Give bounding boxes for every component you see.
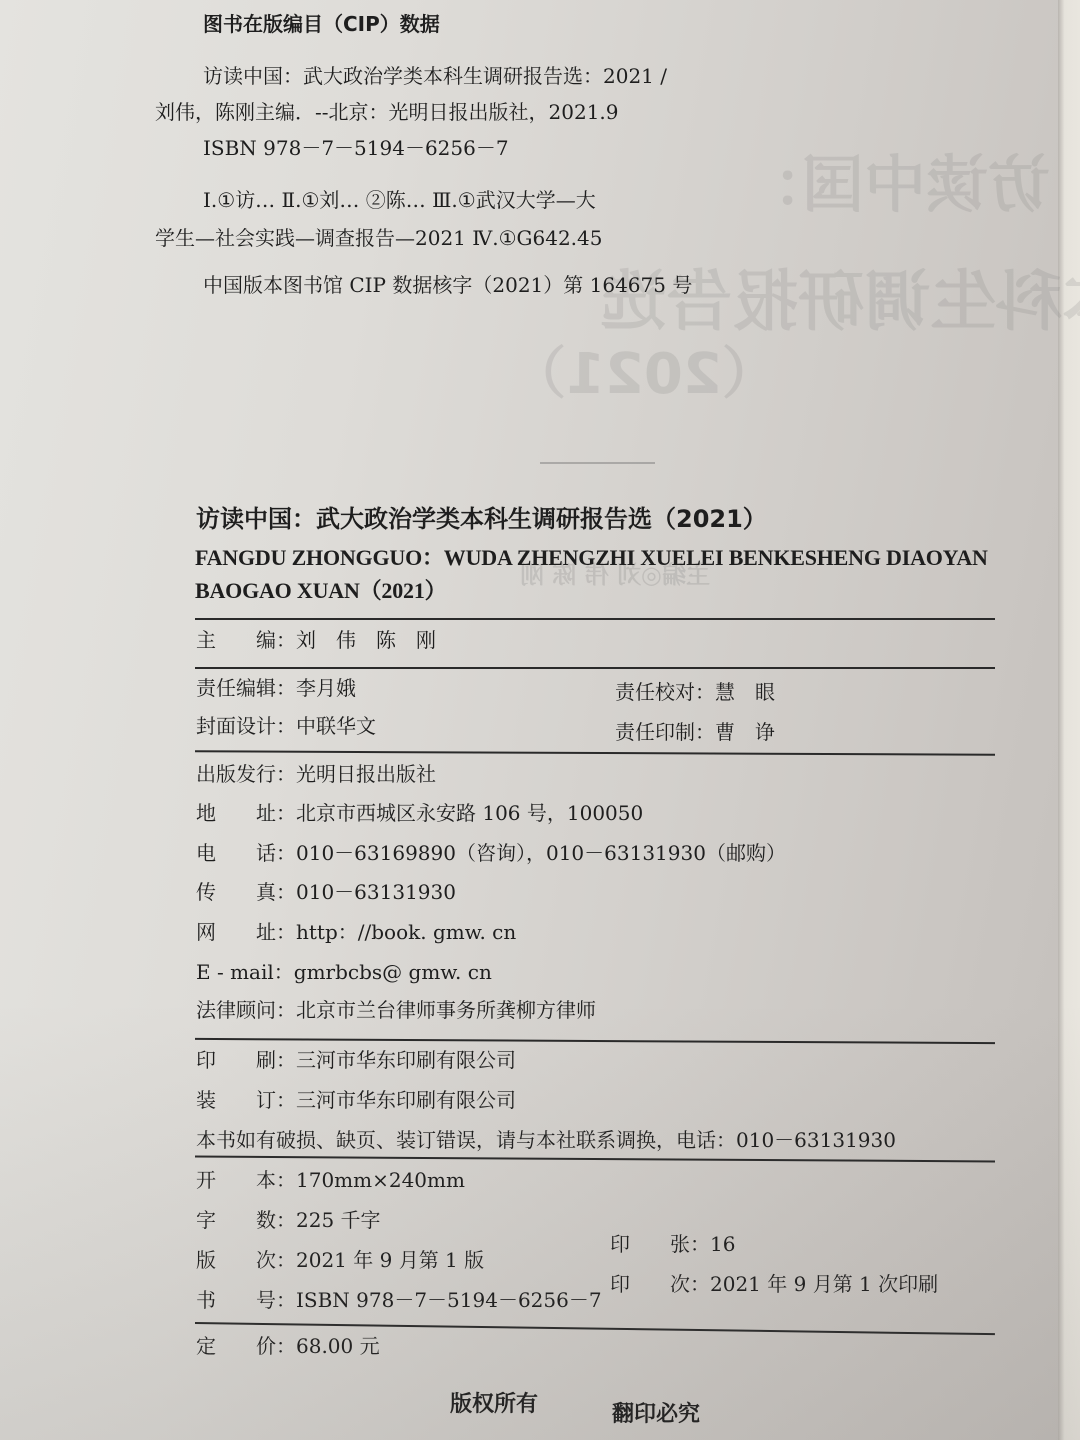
field-label: 印 刷： — [196, 1048, 296, 1072]
field-value: 170mm×240mm — [296, 1168, 465, 1192]
divider — [195, 618, 995, 620]
field-value: 2021 年 9 月第 1 次印刷 — [710, 1272, 938, 1296]
field-label: 字 数： — [196, 1208, 296, 1232]
responsible-editor: 责任编辑：李月娥 — [196, 678, 356, 698]
printed-sheets: 印 张：16 — [610, 1234, 735, 1254]
cip-line: 刘伟，陈刚主编．--北京：光明日报出版社，2021.9 — [155, 102, 619, 122]
show-through-text: （2021） — [510, 330, 778, 410]
field-label: 书 号： — [196, 1288, 296, 1312]
cip-heading: 图书在版编目（CIP）数据 — [203, 14, 440, 34]
field-label: 电 话： — [196, 841, 296, 865]
book-title-pinyin: FANGDU ZHONGGUO：WUDA ZHENGZHI XUELEI BEN… — [195, 547, 988, 569]
cover-design: 封面设计：中联华文 — [196, 716, 376, 736]
field-value: 16 — [710, 1232, 735, 1256]
show-through-text: 访读中国： — [740, 135, 1050, 224]
photo-shading — [0, 1000, 1080, 1440]
impression: 印 次：2021 年 9 月第 1 次印刷 — [610, 1274, 938, 1294]
chief-editors: 主 编：刘 伟 陈 刚 — [196, 630, 436, 650]
binder: 装 订：三河市华东印刷有限公司 — [196, 1090, 516, 1110]
piracy-notice: 翻印必究 — [612, 1404, 700, 1426]
proofreader: 责任校对：慧 眼 — [615, 682, 775, 702]
field-value: ISBN 978－7－5194－6256－7 — [296, 1288, 602, 1312]
field-label: 主 编： — [196, 630, 296, 650]
divider — [195, 667, 995, 669]
word-count: 字 数：225 千字 — [196, 1210, 381, 1230]
show-through-rule — [540, 462, 655, 464]
book-title-pinyin: BAOGAO XUAN（2021） — [195, 580, 446, 602]
fax: 传 真：010－63131930 — [196, 882, 456, 902]
divider — [195, 750, 995, 755]
phone: 电 话：010－63169890（咨询），010－63131930（邮购） — [196, 843, 786, 863]
field-value: 68.00 元 — [296, 1334, 380, 1358]
field-label: 开 本： — [196, 1168, 296, 1192]
divider — [195, 1156, 995, 1163]
field-label: 地 址： — [196, 801, 296, 825]
field-value: 010－63169890（咨询），010－63131930（邮购） — [296, 841, 786, 865]
field-label: 责任印制： — [615, 720, 715, 744]
field-label: 版 次： — [196, 1248, 296, 1272]
field-label: 封面设计： — [196, 714, 296, 738]
cip-classification: Ⅰ.①访… Ⅱ.①刘… ②陈… Ⅲ.①武汉大学—大 — [203, 190, 596, 210]
field-label: 装 订： — [196, 1088, 296, 1112]
field-value: 三河市华东印刷有限公司 — [296, 1088, 516, 1112]
field-value: 三河市华东印刷有限公司 — [296, 1048, 516, 1072]
legal-counsel: 法律顾问：北京市兰台律师事务所龚柳方律师 — [196, 1000, 596, 1020]
website: 网 址：http：//book. gmw. cn — [196, 922, 516, 942]
field-label: 责任编辑： — [196, 676, 296, 700]
email: E - mail：gmrbcbs@ gmw. cn — [196, 962, 492, 982]
field-value: 曹 诤 — [715, 720, 775, 744]
copyright-notice: 版权所有 — [450, 1394, 538, 1416]
field-value: 光明日报出版社 — [296, 762, 436, 786]
book-title: 访读中国：武大政治学类本科生调研报告选（2021） — [196, 507, 767, 531]
field-label: 网 址： — [196, 920, 296, 944]
field-label: 印 次： — [610, 1272, 710, 1296]
page-edge — [1058, 0, 1080, 1440]
field-label: E - mail： — [196, 960, 294, 984]
field-label: 责任校对： — [615, 680, 715, 704]
field-value: 225 千字 — [296, 1208, 381, 1232]
field-value: 中联华文 — [296, 714, 376, 738]
book-number: 书 号：ISBN 978－7－5194－6256－7 — [196, 1290, 602, 1310]
defect-notice: 本书如有破损、缺页、装订错误，请与本社联系调换，电话：010－63131930 — [196, 1130, 896, 1150]
edition: 版 次：2021 年 9 月第 1 版 — [196, 1250, 484, 1270]
field-label: 法律顾问： — [196, 998, 296, 1022]
field-value: 李月娥 — [296, 676, 356, 700]
printer: 印 刷：三河市华东印刷有限公司 — [196, 1050, 516, 1070]
field-label: 定 价： — [196, 1334, 296, 1358]
print-supervisor: 责任印制：曹 诤 — [615, 722, 775, 742]
price: 定 价：68.00 元 — [196, 1336, 380, 1356]
field-label: 出版发行： — [196, 762, 296, 786]
field-value: 北京市西城区永安路 106 号，100050 — [296, 801, 643, 825]
email-link[interactable]: gmrbcbs@ gmw. cn — [294, 960, 492, 984]
cip-classification: 学生—社会实践—调查报告—2021 Ⅳ.①G642.45 — [155, 228, 602, 248]
cip-line: 访读中国：武大政治学类本科生调研报告选：2021 / — [203, 66, 667, 86]
field-value: 010－63131930 — [296, 880, 456, 904]
field-label: 印 张： — [610, 1232, 710, 1256]
field-value: 北京市兰台律师事务所龚柳方律师 — [296, 998, 596, 1022]
field-label: 传 真： — [196, 880, 296, 904]
address: 地 址：北京市西城区永安路 106 号，100050 — [196, 803, 643, 823]
website-link[interactable]: http：//book. gmw. cn — [296, 920, 516, 944]
field-value: 2021 年 9 月第 1 版 — [296, 1248, 484, 1272]
cip-approval-number: 中国版本图书馆 CIP 数据核字（2021）第 164675 号 — [203, 275, 692, 295]
divider — [195, 1038, 995, 1044]
publisher: 出版发行：光明日报出版社 — [196, 764, 436, 784]
field-value: 刘 伟 陈 刚 — [296, 628, 436, 652]
format: 开 本：170mm×240mm — [196, 1170, 465, 1190]
field-value: 慧 眼 — [715, 680, 775, 704]
cip-isbn: ISBN 978－7－5194－6256－7 — [203, 138, 509, 158]
